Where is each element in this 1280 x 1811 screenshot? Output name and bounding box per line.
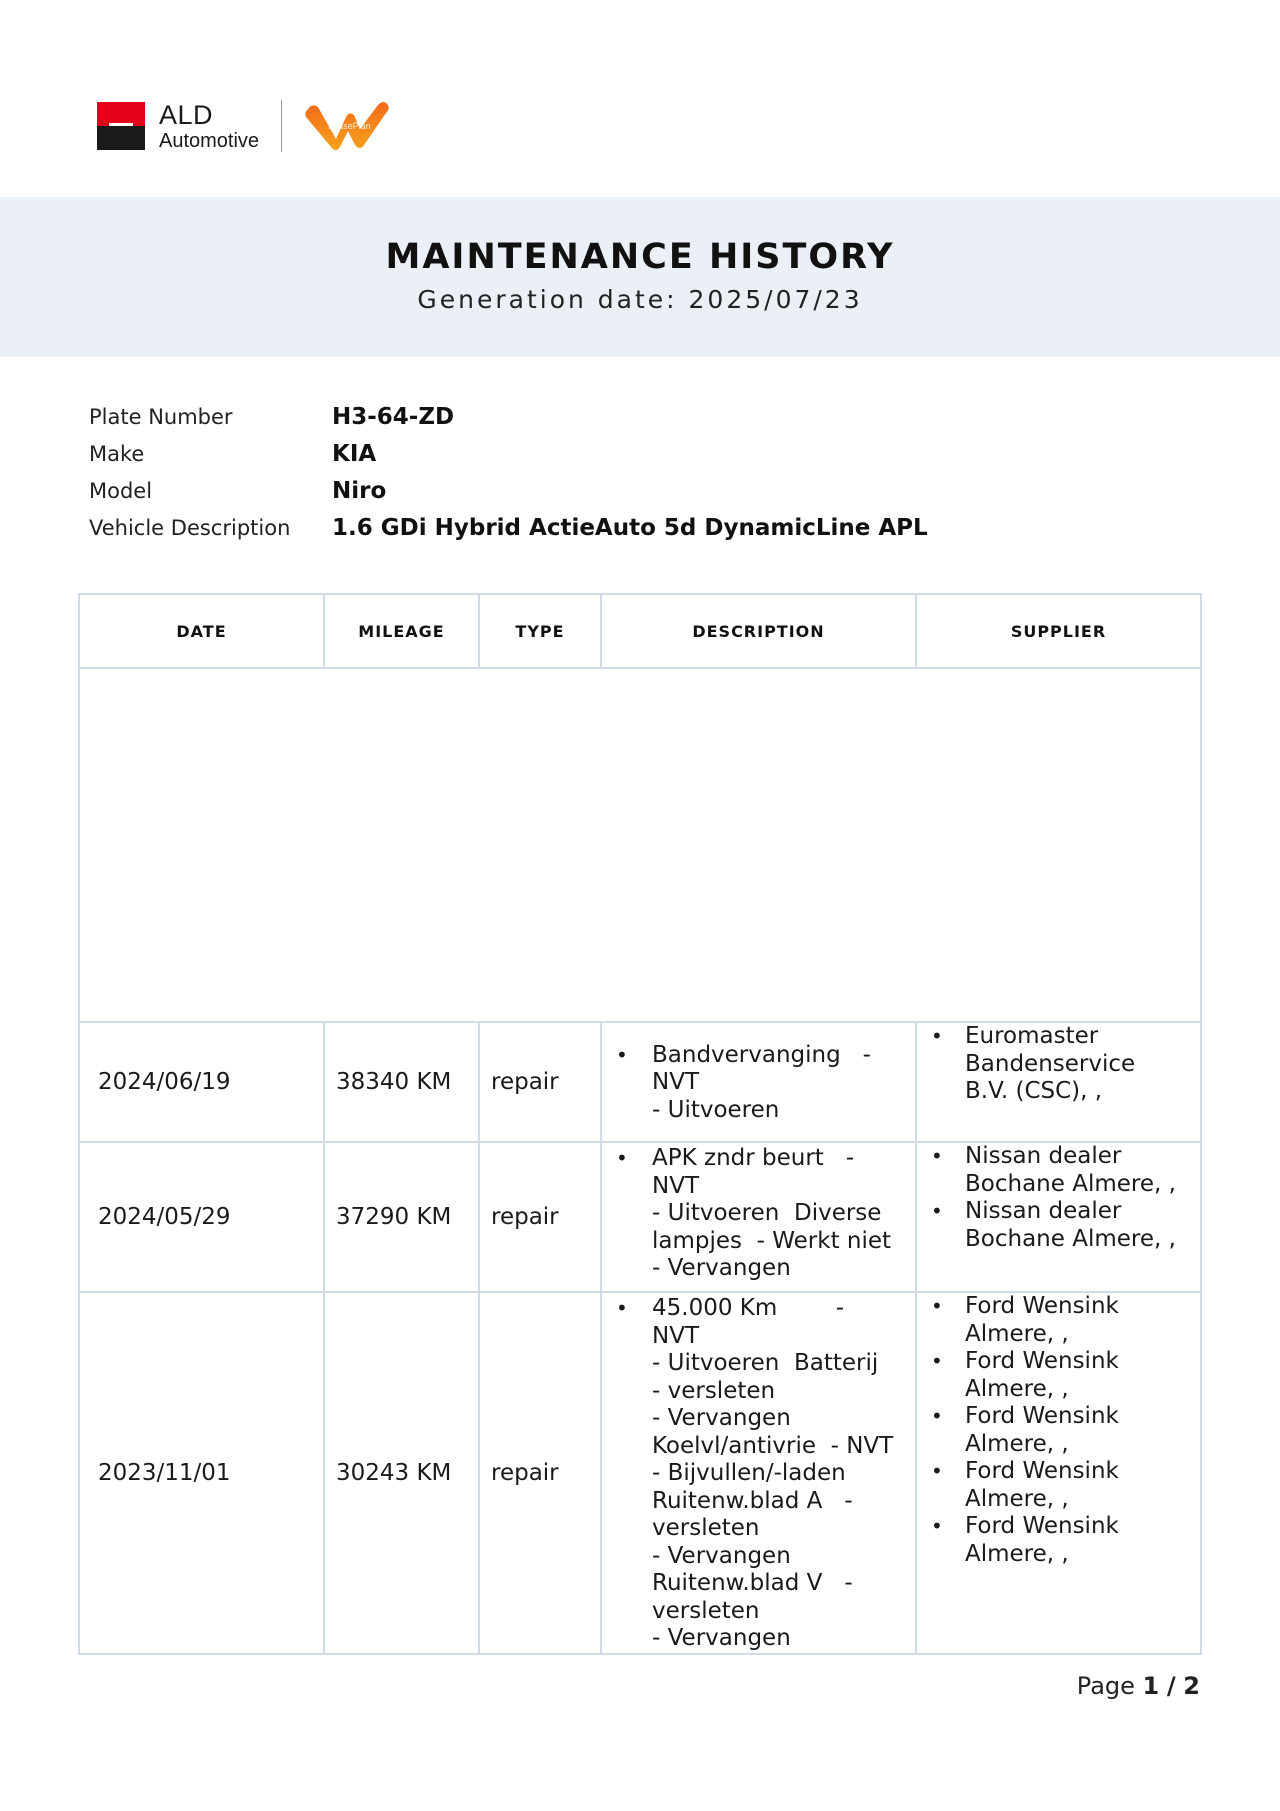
cell-supplier: Nissan dealer Bochane Almere, , Nissan d…	[916, 1142, 1201, 1292]
vehicle-field-model: Model Niro	[89, 472, 928, 509]
page-prefix: Page	[1077, 1672, 1135, 1700]
vehicle-field-description: Vehicle Description 1.6 GDi Hybrid Actie…	[89, 509, 928, 546]
cell-date: 2023/11/01	[79, 1292, 324, 1654]
supplier-item: Ford Wensink Almere, ,	[917, 1348, 1200, 1403]
supplier-item: Euromaster Bandenservice B.V. (CSC), ,	[917, 1023, 1200, 1106]
description-item: APK zndr beurt - NVT - Uitvoeren Diverse…	[602, 1145, 915, 1283]
cell-description: Bandvervanging - NVT - Uitvoeren	[601, 1022, 916, 1142]
cell-description: APK zndr beurt - NVT - Uitvoeren Diverse…	[601, 1142, 916, 1292]
logo-divider	[281, 100, 282, 152]
page-separator: /	[1167, 1672, 1176, 1700]
column-header-type: TYPE	[479, 594, 601, 668]
page-title: MAINTENANCE HISTORY	[0, 197, 1280, 277]
vehicle-info: Plate Number H3-64-ZD Make KIA Model Nir…	[89, 398, 928, 546]
supplier-item: Ford Wensink Almere, ,	[917, 1458, 1200, 1513]
cell-mileage: 38340 KM	[324, 1022, 479, 1142]
supplier-item: Nissan dealer Bochane Almere, ,	[917, 1143, 1200, 1198]
vehicle-field-make: Make KIA	[89, 435, 928, 472]
generation-date: Generation date: 2025/07/23	[0, 285, 1280, 314]
field-label: Plate Number	[89, 405, 332, 429]
column-header-date: DATE	[79, 594, 324, 668]
field-value: 1.6 GDi Hybrid ActieAuto 5d DynamicLine …	[332, 515, 928, 541]
cell-type: repair	[479, 1022, 601, 1142]
leaseplan-label: LeasePlan	[328, 121, 371, 131]
logo-area: ALD Automotive LeasePlan	[97, 96, 394, 156]
field-label: Vehicle Description	[89, 516, 332, 540]
field-label: Make	[89, 442, 332, 466]
description-item: Bandvervanging - NVT - Uitvoeren	[602, 1042, 915, 1125]
cell-type: repair	[479, 1292, 601, 1654]
table-row-blank	[79, 668, 1201, 1022]
description-item: 45.000 Km - NVT - Uitvoeren Batterij - v…	[602, 1295, 915, 1653]
column-header-description: DESCRIPTION	[601, 594, 916, 668]
cell-type: repair	[479, 1142, 601, 1292]
ald-wordmark-line1: ALD	[159, 102, 259, 129]
title-band: MAINTENANCE HISTORY Generation date: 202…	[0, 197, 1280, 357]
table-row: 2024/06/19 38340 KM repair Bandvervangin…	[79, 1022, 1201, 1142]
maintenance-table: DATE MILEAGE TYPE DESCRIPTION SUPPLIER 2…	[78, 593, 1202, 1655]
cell-supplier: Ford Wensink Almere, , Ford Wensink Alme…	[916, 1292, 1201, 1654]
cell-mileage: 30243 KM	[324, 1292, 479, 1654]
field-label: Model	[89, 479, 332, 503]
ald-wordmark: ALD Automotive	[159, 102, 259, 151]
column-header-supplier: SUPPLIER	[916, 594, 1201, 668]
table-row: 2024/05/29 37290 KM repair APK zndr beur…	[79, 1142, 1201, 1292]
table-row: 2023/11/01 30243 KM repair 45.000 Km - N…	[79, 1292, 1201, 1654]
ald-wordmark-line2: Automotive	[159, 131, 259, 151]
field-value: Niro	[332, 478, 386, 504]
supplier-item: Ford Wensink Almere, ,	[917, 1513, 1200, 1568]
supplier-item: Ford Wensink Almere, ,	[917, 1403, 1200, 1458]
supplier-item: Ford Wensink Almere, ,	[917, 1293, 1200, 1348]
table-header-row: DATE MILEAGE TYPE DESCRIPTION SUPPLIER	[79, 594, 1201, 668]
cell-description: 45.000 Km - NVT - Uitvoeren Batterij - v…	[601, 1292, 916, 1654]
leaseplan-logo-icon: LeasePlan	[302, 99, 394, 153]
cell-supplier: Euromaster Bandenservice B.V. (CSC), ,	[916, 1022, 1201, 1142]
current-page: 1	[1143, 1672, 1160, 1700]
total-pages: 2	[1183, 1672, 1200, 1700]
cell-mileage: 37290 KM	[324, 1142, 479, 1292]
page-indicator: Page 1 / 2	[1077, 1672, 1200, 1700]
column-header-mileage: MILEAGE	[324, 594, 479, 668]
ald-logo-icon	[97, 102, 145, 150]
supplier-item: Nissan dealer Bochane Almere, ,	[917, 1198, 1200, 1253]
cell-date: 2024/06/19	[79, 1022, 324, 1142]
cell-date: 2024/05/29	[79, 1142, 324, 1292]
field-value: KIA	[332, 441, 376, 467]
blank-cell	[79, 668, 1201, 1022]
vehicle-field-plate: Plate Number H3-64-ZD	[89, 398, 928, 435]
field-value: H3-64-ZD	[332, 404, 454, 430]
